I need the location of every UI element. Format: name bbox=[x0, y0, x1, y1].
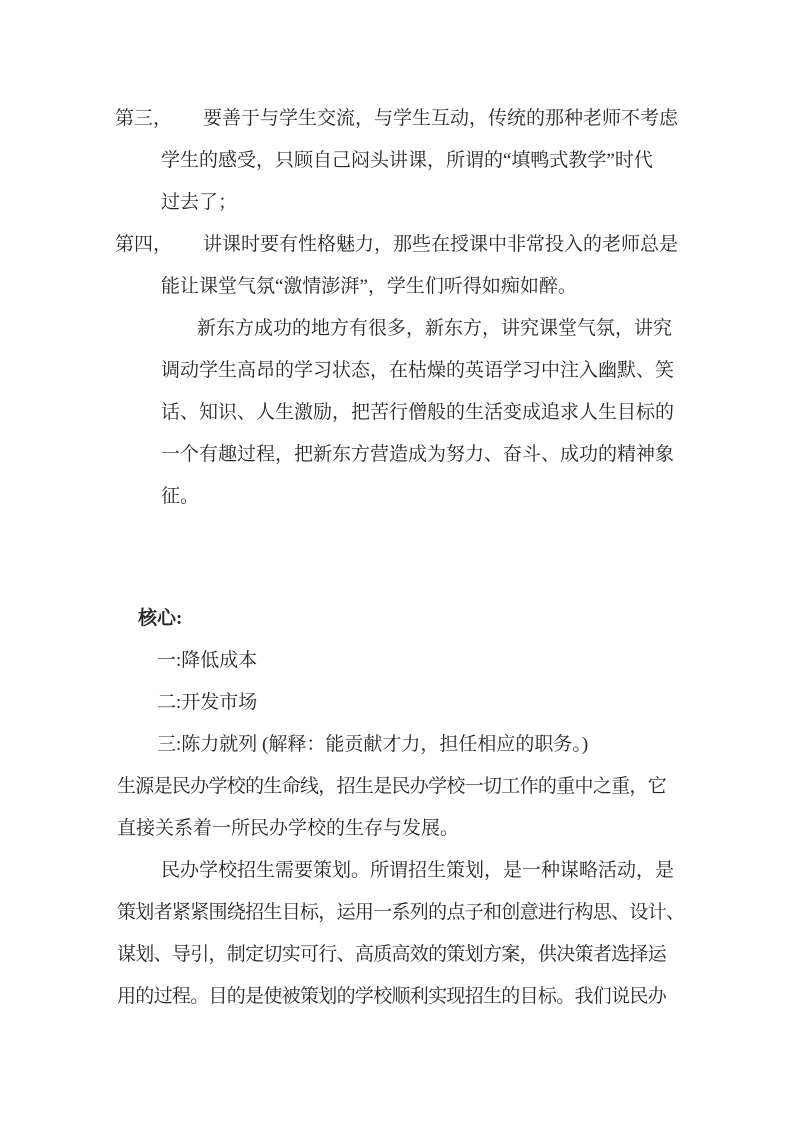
text-line: 生源是民办学校的生命线，招生是民办学校一切工作的重中之重，它 bbox=[117, 775, 666, 799]
text-line: 三:陈力就列 (解释：能贡献才力，担任相应的职务。) bbox=[157, 733, 588, 757]
text-line: 用的过程。目的是使被策划的学校顺利实现招生的目标。我们说民办 bbox=[117, 985, 666, 1009]
text-line: 二:开发市场 bbox=[157, 691, 257, 715]
heading-line: 核心: bbox=[138, 607, 182, 631]
text-line: 一:降低成本 bbox=[157, 649, 257, 673]
section-core-enrollment: 核心:一:降低成本二:开发市场三:陈力就列 (解释：能贡献才力，担任相应的职务。… bbox=[0, 0, 793, 1122]
line-text: 直接关系着一所民办学校的生存与发展。 bbox=[117, 818, 459, 839]
line-text: 三:陈力就列 (解释：能贡献才力，担任相应的职务。) bbox=[157, 734, 588, 755]
line-text: 二:开发市场 bbox=[157, 692, 257, 713]
text-line: 民办学校招生需要策划。所谓招生策划，是一种谋略活动，是 bbox=[161, 859, 674, 883]
line-text: 策划者紧紧围绕招生目标，运用一系列的点子和创意进行构思、设计、 bbox=[117, 902, 684, 923]
line-text: 谋划、导引，制定切实可行、高质高效的策划方案，供决策者选择运 bbox=[117, 944, 666, 965]
line-text: 用的过程。目的是使被策划的学校顺利实现招生的目标。我们说民办 bbox=[117, 986, 666, 1007]
line-text: 生源是民办学校的生命线，招生是民办学校一切工作的重中之重，它 bbox=[117, 776, 666, 797]
text-line: 策划者紧紧围绕招生目标，运用一系列的点子和创意进行构思、设计、 bbox=[117, 901, 684, 925]
text-line: 直接关系着一所民办学校的生存与发展。 bbox=[117, 817, 459, 841]
line-text: 一:降低成本 bbox=[157, 650, 257, 671]
line-text: 民办学校招生需要策划。所谓招生策划，是一种谋略活动，是 bbox=[161, 860, 674, 881]
text-line: 谋划、导引，制定切实可行、高质高效的策划方案，供决策者选择运 bbox=[117, 943, 666, 967]
line-text: 核心: bbox=[138, 608, 182, 629]
document-page: 第三，要善于与学生交流，与学生互动，传统的那种老师不考虑学生的感受，只顾自己闷头… bbox=[0, 0, 793, 1122]
